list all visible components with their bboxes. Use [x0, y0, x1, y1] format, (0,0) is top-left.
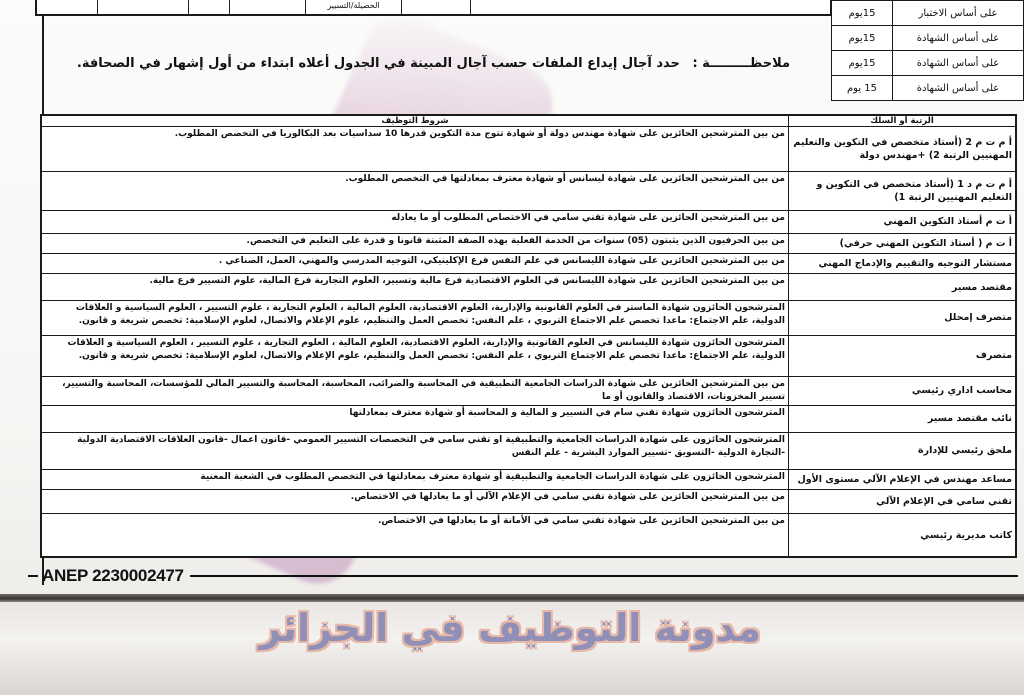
rank-cell: مقتصد مسير [789, 274, 1017, 301]
rank-cell: متصرف إمحلل [789, 300, 1017, 335]
deadline-days: 15يوم [832, 26, 893, 51]
newspaper-page: الحصيلة/التسيير على أساس الاختبار 15يوم … [0, 0, 1024, 600]
recruitment-mode: على أساس الشهادة [893, 76, 1024, 101]
condition-cell: المترشحون الحائزون شهادة تقني سام في الت… [41, 406, 789, 433]
rank-cell: نائب مقتصد مسير [789, 406, 1017, 433]
deadline-row: على أساس الشهادة 15 يوم [832, 76, 1024, 101]
paper-fold-shadow [0, 594, 1024, 602]
table-row: مساعد مهندس في الإعلام الآلي مستوى الأول… [41, 469, 1016, 489]
rank-cell: كاتب مديرية رئيسي [789, 514, 1017, 557]
deadline-row: على أساس الشهادة 15يوم [832, 51, 1024, 76]
note-label: ملاحظـــــــــة : [692, 56, 790, 71]
note: ملاحظـــــــــة : حدد آجال إيداع الملفات… [180, 56, 790, 71]
top-table-cell: الحصيلة/التسيير [305, 0, 401, 14]
table-row: أ ت م أستاذ التكوين المهني من بين المترش… [41, 211, 1016, 233]
deadline-days: 15يوم [832, 1, 893, 26]
anep-footer: ANEP 2230002477 [28, 566, 1018, 586]
table-row: مقتصد مسير من بين المترشحين الحائزين على… [41, 274, 1016, 301]
condition-cell: المترشحون الحائزون شهادة الليسانس في الع… [41, 335, 789, 376]
rank-cell: تقني سامي في الإعلام الآلي [789, 489, 1017, 514]
rank-cell: متصرف [789, 335, 1017, 376]
header-rank: الرتبة أو السلك [789, 115, 1017, 127]
table-row: ملحق رئيسي للإدارة المترشحون الحائزون عل… [41, 432, 1016, 469]
condition-cell: من بين المترشحين الحائزين على شهادة الدر… [41, 376, 789, 406]
condition-cell: من بين المترشحين الحائزين على شهادة تقني… [41, 489, 789, 514]
deadline-table: على أساس الاختبار 15يوم على أساس الشهادة… [831, 0, 1024, 101]
rank-cell: مستشار التوجيه والتقييم والإدماج المهني [789, 253, 1017, 273]
rank-cell: أ ت م أستاذ التكوين المهني [789, 211, 1017, 233]
condition-cell: المترشحون الحائزون على شهادة الدراسات ال… [41, 432, 789, 469]
condition-cell: المترشحون الحائزون على شهادة الدراسات ال… [41, 469, 789, 489]
note-text: حدد آجال إيداع الملفات حسب آجال المبينة … [77, 56, 680, 71]
condition-cell: من بين المترشحين الحائزين على شهادة ليسا… [41, 172, 789, 211]
table-row: أ م ت م د 1 (أستاذ متخصص في التكوين و ال… [41, 172, 1016, 211]
table-row: مستشار التوجيه والتقييم والإدماج المهني … [41, 253, 1016, 273]
anep-code: ANEP 2230002477 [42, 566, 184, 586]
recruitment-conditions-table: الرتبة أو السلك شروط التوظيف أ م ت م 2 (… [40, 114, 1017, 558]
condition-cell: من بين المترشحين الحائزين على شهادة مهند… [41, 127, 789, 172]
table-header-row: الرتبة أو السلك شروط التوظيف [41, 115, 1016, 127]
footer-rule [190, 575, 1018, 577]
rank-cell: أ م ت م د 1 (أستاذ متخصص في التكوين و ال… [789, 172, 1017, 211]
rank-cell: أ ت م ( أستاذ التكوين المهني حرفي) [789, 233, 1017, 253]
table-row: نائب مقتصد مسير المترشحون الحائزون شهادة… [41, 406, 1016, 433]
table-row: كاتب مديرية رئيسي من بين المترشحين الحائ… [41, 514, 1016, 557]
condition-cell: من بين الحرفيون الذين يثبتون (05) سنوات … [41, 233, 789, 253]
condition-cell: المترشحون الحائزون شهادة الماستر في العل… [41, 300, 789, 335]
rank-cell: محاسب اداري رئيسي [789, 376, 1017, 406]
condition-cell: من بين المترشحين الحائزين على شهادة تقني… [41, 211, 789, 233]
condition-cell: من بين المترشحين الحائزين على شهادة اللي… [41, 253, 789, 273]
table-row: تقني سامي في الإعلام الآلي من بين المترش… [41, 489, 1016, 514]
deadline-row: على أساس الشهادة 15يوم [832, 26, 1024, 51]
recruitment-mode: على أساس الاختبار [893, 1, 1024, 26]
table-row: متصرف المترشحون الحائزون شهادة الليسانس … [41, 335, 1016, 376]
deadline-days: 15 يوم [832, 76, 893, 101]
rank-cell: ملحق رئيسي للإدارة [789, 432, 1017, 469]
table-row: أ ت م ( أستاذ التكوين المهني حرفي) من بي… [41, 233, 1016, 253]
table-row: أ م ت م 2 (أستاذ متخصص في التكوين والتعل… [41, 127, 1016, 172]
recruitment-mode: على أساس الشهادة [893, 26, 1024, 51]
footer-dash [28, 575, 38, 577]
header-conditions: شروط التوظيف [41, 115, 789, 127]
top-table-remnant: الحصيلة/التسيير [35, 0, 832, 16]
recruitment-mode: على أساس الشهادة [893, 51, 1024, 76]
table-row: محاسب اداري رئيسي من بين المترشحين الحائ… [41, 376, 1016, 406]
rank-cell: أ م ت م 2 (أستاذ متخصص في التكوين والتعل… [789, 127, 1017, 172]
rank-cell: مساعد مهندس في الإعلام الآلي مستوى الأول [789, 469, 1017, 489]
deadline-row: على أساس الاختبار 15يوم [832, 1, 1024, 26]
deadline-days: 15يوم [832, 51, 893, 76]
condition-cell: من بين المترشحين الحائزين على شهادة تقني… [41, 514, 789, 557]
blog-watermark: مدونة التوظيف في الجزائر [250, 606, 770, 650]
table-row: متصرف إمحلل المترشحون الحائزون شهادة الم… [41, 300, 1016, 335]
condition-cell: من بين المترشحين الحائزين على شهادة اللي… [41, 274, 789, 301]
